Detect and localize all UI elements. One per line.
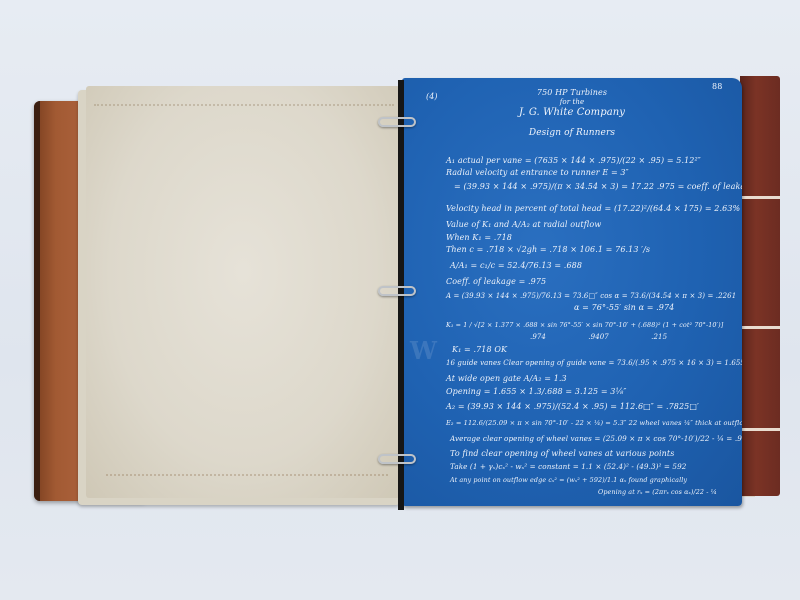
calc-line: α = 76°-55′ sin α = .974: [574, 303, 674, 313]
binder-ring-top: [378, 117, 416, 127]
calc-line: E₂ = 112.6/(25.09 × π × sin 70°-10′ - 22…: [446, 418, 742, 428]
calc-line: A₂ = (39.93 × 144 × .975)/(52.4 × .95) =…: [446, 402, 699, 412]
calc-line: At wide open gate A/A₂ = 1.3: [446, 374, 567, 384]
calc-line: Opening = 1.655 × 1.3/.688 = 3.125 = 3⅛″: [446, 387, 626, 397]
blueprint-page: W (4) 88 750 HP Turbines for the J. G. W…: [402, 78, 742, 506]
calc-line: Value of K₁ and A/A₂ at radial outflow: [446, 220, 601, 230]
calc-line: When K₁ = .718: [446, 233, 512, 243]
subtitle: Design of Runners: [402, 128, 742, 138]
calc-line: K₁ = 1 / √[2 × 1.377 × .688 × sin 76°-55…: [446, 320, 723, 330]
calc-line: Then c = .718 × √2gh = .718 × 106.1 = 76…: [446, 245, 650, 255]
calc-line: Radial velocity at entrance to runner E …: [446, 168, 629, 178]
binder-ring-middle: [378, 286, 416, 296]
calc-line: To find clear opening of wheel vanes at …: [450, 449, 674, 459]
calc-line: 16 guide vanes Clear opening of guide va…: [446, 358, 742, 368]
calc-line: A₁ actual per vane = (7635 × 144 × .975)…: [446, 156, 701, 166]
calc-line: A/A₁ = c₁/c = 52.4/76.13 = .688: [450, 261, 582, 271]
calc-line: .974 .9407 .215: [530, 332, 667, 342]
cover-tear: [740, 326, 780, 329]
water-stain: [106, 468, 388, 476]
calc-line: Opening at rₓ = (2πrₓ cos αₓ)/22 - ¼: [598, 487, 717, 497]
calc-line: At any point on outflow edge cₓ² = (wₓ² …: [450, 475, 687, 485]
calc-line: Take (1 + γₓ)cₓ² - wₓ² = constant = 1.1 …: [450, 462, 686, 472]
binder-ring-bottom: [378, 454, 416, 464]
leather-cover-right: [740, 76, 780, 496]
cover-tear: [740, 428, 780, 431]
faint-watermark: W: [410, 336, 437, 365]
calc-line: Velocity head in percent of total head =…: [446, 204, 740, 214]
photo-scene: W (4) 88 750 HP Turbines for the J. G. W…: [0, 0, 800, 600]
calc-line: A = (39.93 × 144 × .975)/76.13 = 73.6□″ …: [446, 291, 736, 301]
calc-line: Average clear opening of wheel vanes = (…: [450, 434, 742, 444]
title-line-3: J. G. White Company: [402, 108, 742, 118]
calc-line: = (39.93 × 144 × .975)/(π × 34.54 × 3) =…: [454, 182, 742, 192]
calc-line: Coeff. of leakage = .975: [446, 277, 546, 287]
blank-cream-page: [86, 86, 400, 498]
title-line-2: for the: [402, 97, 742, 107]
calc-line: K₁ = .718 OK: [452, 345, 507, 355]
cover-tear: [740, 196, 780, 199]
